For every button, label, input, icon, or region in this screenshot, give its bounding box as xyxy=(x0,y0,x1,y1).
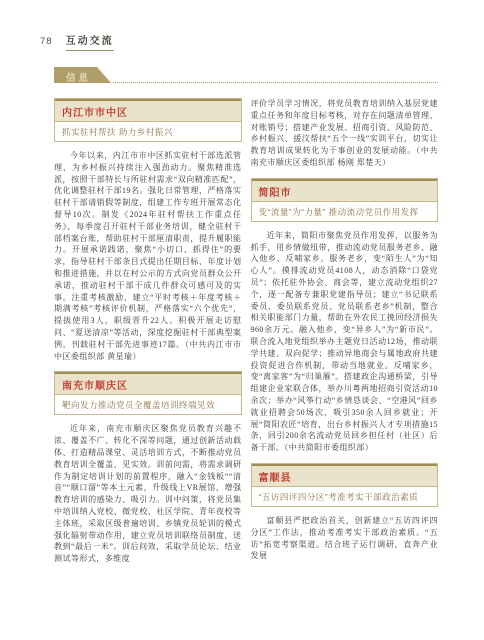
article-fushun-header: 富顺县 “五访四评四分区”考准考实干部政治素质 xyxy=(251,463,439,507)
category-tab-row: 信息 xyxy=(54,67,438,83)
article-body: 近年来，简阳市聚焦党员作用发挥，以服务为抓手，用乡情做纽带，推动流动党员服务老乡… xyxy=(251,230,439,454)
article-nanchong-body-continued: 评价学员学习情况，将党员教育培训纳入基层党建重点任务和年度目标考核，对存在问题清… xyxy=(251,98,439,169)
article-headline: “五访四评四分区”考准考实干部政治素质 xyxy=(252,486,438,506)
right-column: 评价学员学习情况，将党员教育培训纳入基层党建重点任务和年度目标考核，对存在问题清… xyxy=(251,98,439,574)
dotted-rule xyxy=(113,82,438,83)
article-region-title: 富顺县 xyxy=(252,464,438,486)
article-body: 富顺县严把政治首关，创新建立“五访四评四分区”工作法，推动考准考实干部政治素质。… xyxy=(251,515,439,562)
page-header: 78 互动交流 xyxy=(40,32,438,51)
article-neijiang: 内江市市中区 抓实驻村帮扶 助力乡村振兴 今年以来，内江市市中区抓实驻村干部选派… xyxy=(54,98,242,362)
article-jianyang-header: 简阳市 变“流量”为“力量” 推动流动党员作用发挥 xyxy=(251,178,439,222)
magazine-page: 78 互动交流 信息 内江市市中区 抓实驻村帮扶 助力乡村振兴 今年以来，内江市… xyxy=(0,0,484,640)
two-column-layout: 内江市市中区 抓实驻村帮扶 助力乡村振兴 今年以来，内江市市中区抓实驻村干部选派… xyxy=(54,98,438,574)
left-column: 内江市市中区 抓实驻村帮扶 助力乡村振兴 今年以来，内江市市中区抓实驻村干部选派… xyxy=(54,98,242,574)
article-region-title: 简阳市 xyxy=(252,179,438,201)
page-number: 78 xyxy=(40,36,53,47)
article-jianyang: 简阳市 变“流量”为“力量” 推动流动党员作用发挥 近年来，简阳市聚焦党员作用发… xyxy=(251,178,439,454)
article-neijiang-header: 内江市市中区 抓实驻村帮扶 助力乡村振兴 xyxy=(54,98,242,142)
article-headline: 靶向发力推动党员全覆盖培训终端见效 xyxy=(55,394,241,414)
article-headline: 变“流量”为“力量” 推动流动党员作用发挥 xyxy=(252,201,438,221)
article-headline: 抓实驻村帮扶 助力乡村振兴 xyxy=(55,121,241,141)
article-body: 今年以来，内江市市中区抓实驻村干部选派管理，为乡村振兴持续注入强劲动力。聚焦精准… xyxy=(54,150,242,362)
article-body-part1: 近年来，南充市顺庆区聚焦党员教育兴趣不浓、覆盖不广、转化不深等问题，通过创新活动… xyxy=(54,423,242,565)
article-region-title: 南充市顺庆区 xyxy=(55,372,241,394)
article-nanchong: 南充市顺庆区 靶向发力推动党员全覆盖培训终端见效 近年来，南充市顺庆区聚焦党员教… xyxy=(54,371,242,565)
article-fushun: 富顺县 “五访四评四分区”考准考实干部政治素质 富顺县严把政治首关，创新建立“五… xyxy=(251,463,439,562)
article-region-title: 内江市市中区 xyxy=(55,99,241,121)
category-tab: 信息 xyxy=(54,67,111,83)
page-section-title: 互动交流 xyxy=(66,32,114,51)
article-nanchong-header: 南充市顺庆区 靶向发力推动党员全覆盖培训终端见效 xyxy=(54,371,242,415)
